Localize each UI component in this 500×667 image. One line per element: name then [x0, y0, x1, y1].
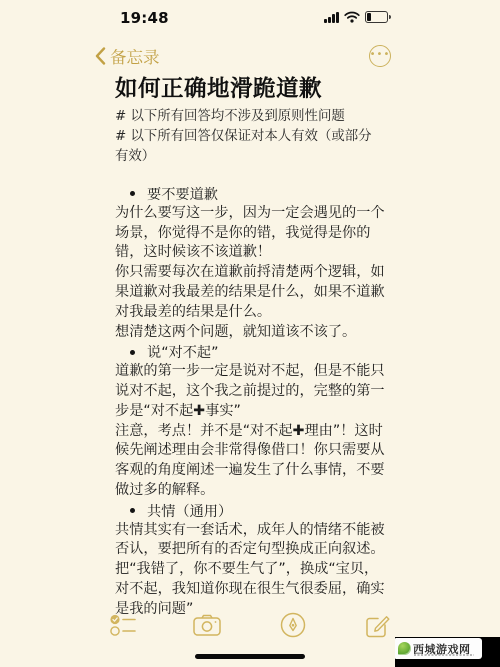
watermark-logo-icon — [398, 642, 411, 655]
camera-button[interactable] — [193, 611, 221, 639]
back-button[interactable]: 备忘录 — [95, 44, 160, 68]
home-indicator[interactable] — [195, 654, 305, 659]
bullet-dot-icon — [130, 508, 135, 513]
compose-icon — [365, 613, 390, 638]
bottom-toolbar — [108, 611, 392, 639]
note-paragraph: 为什么要写这一步，因为一定会遇见的一个 场景，你觉得不是你的错，我觉得是你的 错… — [115, 204, 399, 263]
note-hash-line: # 以下所有回答仅保证对本人有效（或部分 有效） — [115, 127, 399, 167]
wifi-icon — [344, 11, 360, 23]
checklist-button[interactable] — [108, 611, 136, 639]
bullet-label: 说“对不起” — [147, 342, 218, 362]
compose-button[interactable] — [364, 611, 392, 639]
notes-app-screen: 19:48 备忘录 ••• 如何正确地滑跪道歉 # 以下所有回答均不涉及到原则性… — [0, 0, 500, 667]
checklist-icon — [109, 613, 136, 637]
note-bullet-heading: 共情（通用） — [115, 501, 399, 521]
note-editor[interactable]: 如何正确地滑跪道歉 # 以下所有回答均不涉及到原则性问题# 以下所有回答仅保证对… — [115, 74, 399, 620]
status-icons — [324, 11, 388, 23]
status-time: 19:48 — [120, 9, 169, 27]
note-bullet-heading: 说“对不起” — [115, 342, 399, 362]
note-paragraph: 道歉的第一步一定是说对不起，但是不能只 说对不起，这个我之前提过的，完整的第一 … — [115, 362, 399, 421]
back-button-label: 备忘录 — [110, 44, 160, 68]
watermark-caption-line — [414, 654, 474, 656]
note-hash-line: # 以下所有回答均不涉及到原则性问题 — [115, 107, 399, 127]
bullet-label: 要不要道歉 — [147, 184, 218, 204]
note-paragraph: 想清楚这两个问题，就知道该不该了。 — [115, 323, 399, 343]
markup-button[interactable] — [279, 611, 307, 639]
markup-pen-icon — [280, 612, 306, 638]
bullet-label: 共情（通用） — [147, 501, 232, 521]
camera-icon — [193, 614, 221, 636]
note-bullet-heading: 要不要道歉 — [115, 184, 399, 204]
note-body: # 以下所有回答均不涉及到原则性问题# 以下所有回答仅保证对本人有效（或部分 有… — [115, 107, 399, 620]
watermark-box: 西城游戏网 — [395, 638, 482, 659]
bullet-dot-icon — [130, 191, 135, 196]
chevron-left-icon — [95, 47, 106, 65]
watermark: 西城游戏网 — [395, 637, 500, 667]
note-paragraph: 你只需要每次在道歉前捋清楚两个逻辑，如 果道歉对我最差的结果是什么，如果不道歉 … — [115, 263, 399, 322]
cellular-signal-icon — [324, 12, 339, 23]
bullet-dot-icon — [130, 350, 135, 355]
note-paragraph: 注意，考点！并不是“对不起✚理由”！这时 候先阐述理由会非常得像借口！你只需要从… — [115, 422, 399, 501]
ellipsis-icon: ••• — [370, 50, 391, 60]
note-paragraph: 共情其实有一套话术，成年人的情绪不能被 否认，要把所有的否定句型换成正向叙述。 … — [115, 521, 399, 620]
more-options-button[interactable]: ••• — [369, 45, 391, 67]
battery-icon — [365, 11, 388, 23]
note-title: 如何正确地滑跪道歉 — [115, 74, 399, 104]
